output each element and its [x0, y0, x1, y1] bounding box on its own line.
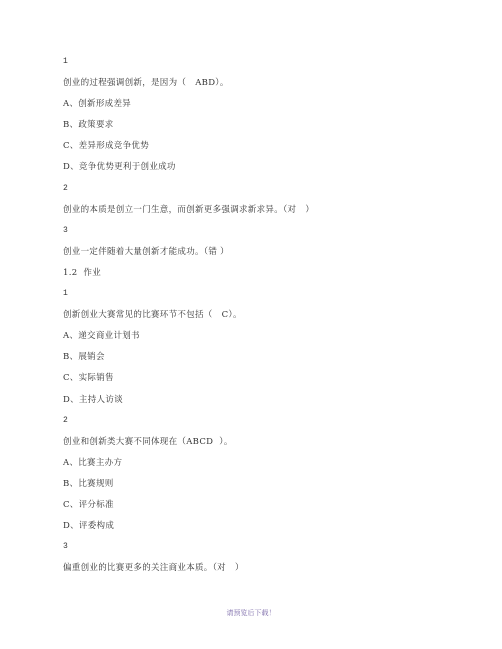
question-number: 2 [63, 182, 483, 203]
document-page: 1 创业的过程强调创新，是因为（ ABD）。 A、创新形成差异 B、政策要求 C… [63, 55, 483, 582]
option-b: B、政策要求 [63, 118, 483, 139]
question-text: 偏重创业的比赛更多的关注商业本质。（对 ） [63, 561, 483, 582]
option-a: A、比赛主办方 [63, 456, 483, 477]
question-number: 2 [63, 414, 483, 435]
option-a: A、创新形成差异 [63, 97, 483, 118]
question-number: 1 [63, 287, 483, 308]
option-b: B、比赛规则 [63, 477, 483, 498]
option-d: D、评委构成 [63, 519, 483, 540]
option-a: A、递交商业计划书 [63, 329, 483, 350]
option-c: C、实际销售 [63, 371, 483, 392]
question-text: 创业一定伴随着大量创新才能成功。（错 ） [63, 245, 483, 266]
question-number: 1 [63, 55, 483, 76]
option-c: C、评分标准 [63, 498, 483, 519]
option-d: D、主持人访谈 [63, 393, 483, 414]
option-c: C、差异形成竞争优势 [63, 139, 483, 160]
question-number: 3 [63, 224, 483, 245]
option-d: D、竞争优势更利于创业成功 [63, 160, 483, 181]
question-text: 创业的本质是创立一门生意，而创新更多强调求新求异。（对 ） [63, 203, 483, 224]
question-text: 创业的过程强调创新，是因为（ ABD）。 [63, 76, 483, 97]
page-footer: 请预览后下载！ [0, 608, 502, 618]
question-text: 创新创业大赛常见的比赛环节不包括（ C）。 [63, 308, 483, 329]
option-b: B、展销会 [63, 350, 483, 371]
question-number: 3 [63, 540, 483, 561]
question-text: 创业和创新类大赛不同体现在（ABCD ）。 [63, 435, 483, 456]
section-heading: 1.2 作业 [63, 266, 483, 287]
